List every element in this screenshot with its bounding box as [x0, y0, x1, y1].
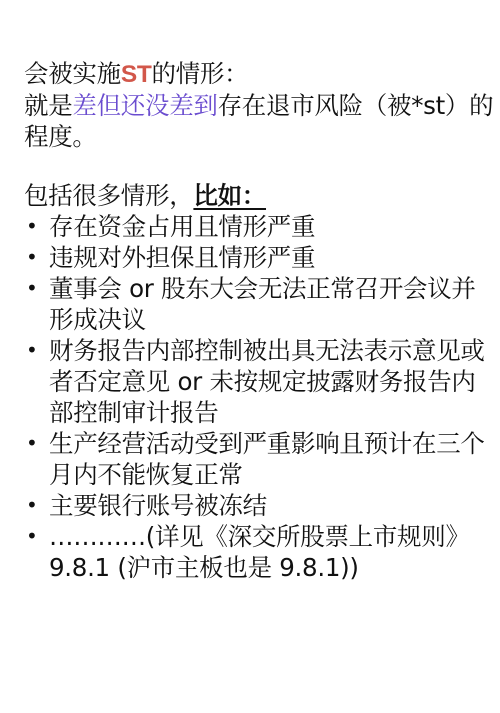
- list-item: •生产经营活动受到严重影响且预计在三个月内不能恢复正常: [24, 428, 494, 490]
- bullet-icon: •: [26, 490, 38, 521]
- situation-list: •存在资金占用且情形严重 •违规对外担保且情形严重 •董事会 or 股东大会无法…: [24, 211, 494, 583]
- bullet-icon: •: [26, 335, 38, 366]
- list-heading: 包括很多情形，比如：: [24, 180, 494, 211]
- list-item: •存在资金占用且情形严重: [24, 211, 494, 242]
- intro-text: 的情形：: [152, 59, 249, 88]
- list-item-text: …………(详见《深交所股票上市规则》9.8.1 (沪市主板也是 9.8.1)): [49, 522, 470, 582]
- bullet-icon: •: [26, 521, 38, 552]
- document-page: 会被实施ST的情形： 就是差但还没差到存在退市风险（被*st）的程度。 包括很多…: [0, 0, 500, 713]
- list-item: •财务报告内部控制被出具无法表示意见或者否定意见 or 未按规定披露财务报告内部…: [24, 335, 494, 428]
- list-item-text: 生产经营活动受到严重影响且预计在三个月内不能恢复正常: [49, 429, 485, 489]
- heading-emphasis: 比如：: [193, 181, 266, 210]
- list-item-text: 违规对外担保且情形严重: [49, 243, 315, 272]
- intro-line-1: 会被实施ST的情形：: [24, 58, 494, 90]
- bullet-icon: •: [26, 211, 38, 242]
- bullet-icon: •: [26, 242, 38, 273]
- intro-paragraph: 会被实施ST的情形： 就是差但还没差到存在退市风险（被*st）的程度。: [24, 58, 494, 152]
- list-item-text: 财务报告内部控制被出具无法表示意见或者否定意见 or 未按规定披露财务报告内部控…: [49, 336, 485, 427]
- list-item: •…………(详见《深交所股票上市规则》9.8.1 (沪市主板也是 9.8.1)): [24, 521, 494, 583]
- intro-text: 就是: [24, 91, 72, 120]
- list-item-text: 存在资金占用且情形严重: [49, 212, 315, 241]
- list-item-text: 主要银行账号被冻结: [49, 491, 267, 520]
- st-highlight: ST: [121, 61, 152, 88]
- bullet-icon: •: [26, 273, 38, 304]
- heading-text: 包括很多情形，: [24, 181, 193, 210]
- list-item: •违规对外担保且情形严重: [24, 242, 494, 273]
- list-item: •主要银行账号被冻结: [24, 490, 494, 521]
- intro-text: 会被实施: [24, 59, 121, 88]
- list-item-text: 董事会 or 股东大会无法正常召开会议并形成决议: [49, 274, 476, 334]
- purple-highlight: 差但还没差到: [72, 91, 217, 120]
- bullet-icon: •: [26, 428, 38, 459]
- intro-line-2: 就是差但还没差到存在退市风险（被*st）的程度。: [24, 90, 494, 152]
- list-item: •董事会 or 股东大会无法正常召开会议并形成决议: [24, 273, 494, 335]
